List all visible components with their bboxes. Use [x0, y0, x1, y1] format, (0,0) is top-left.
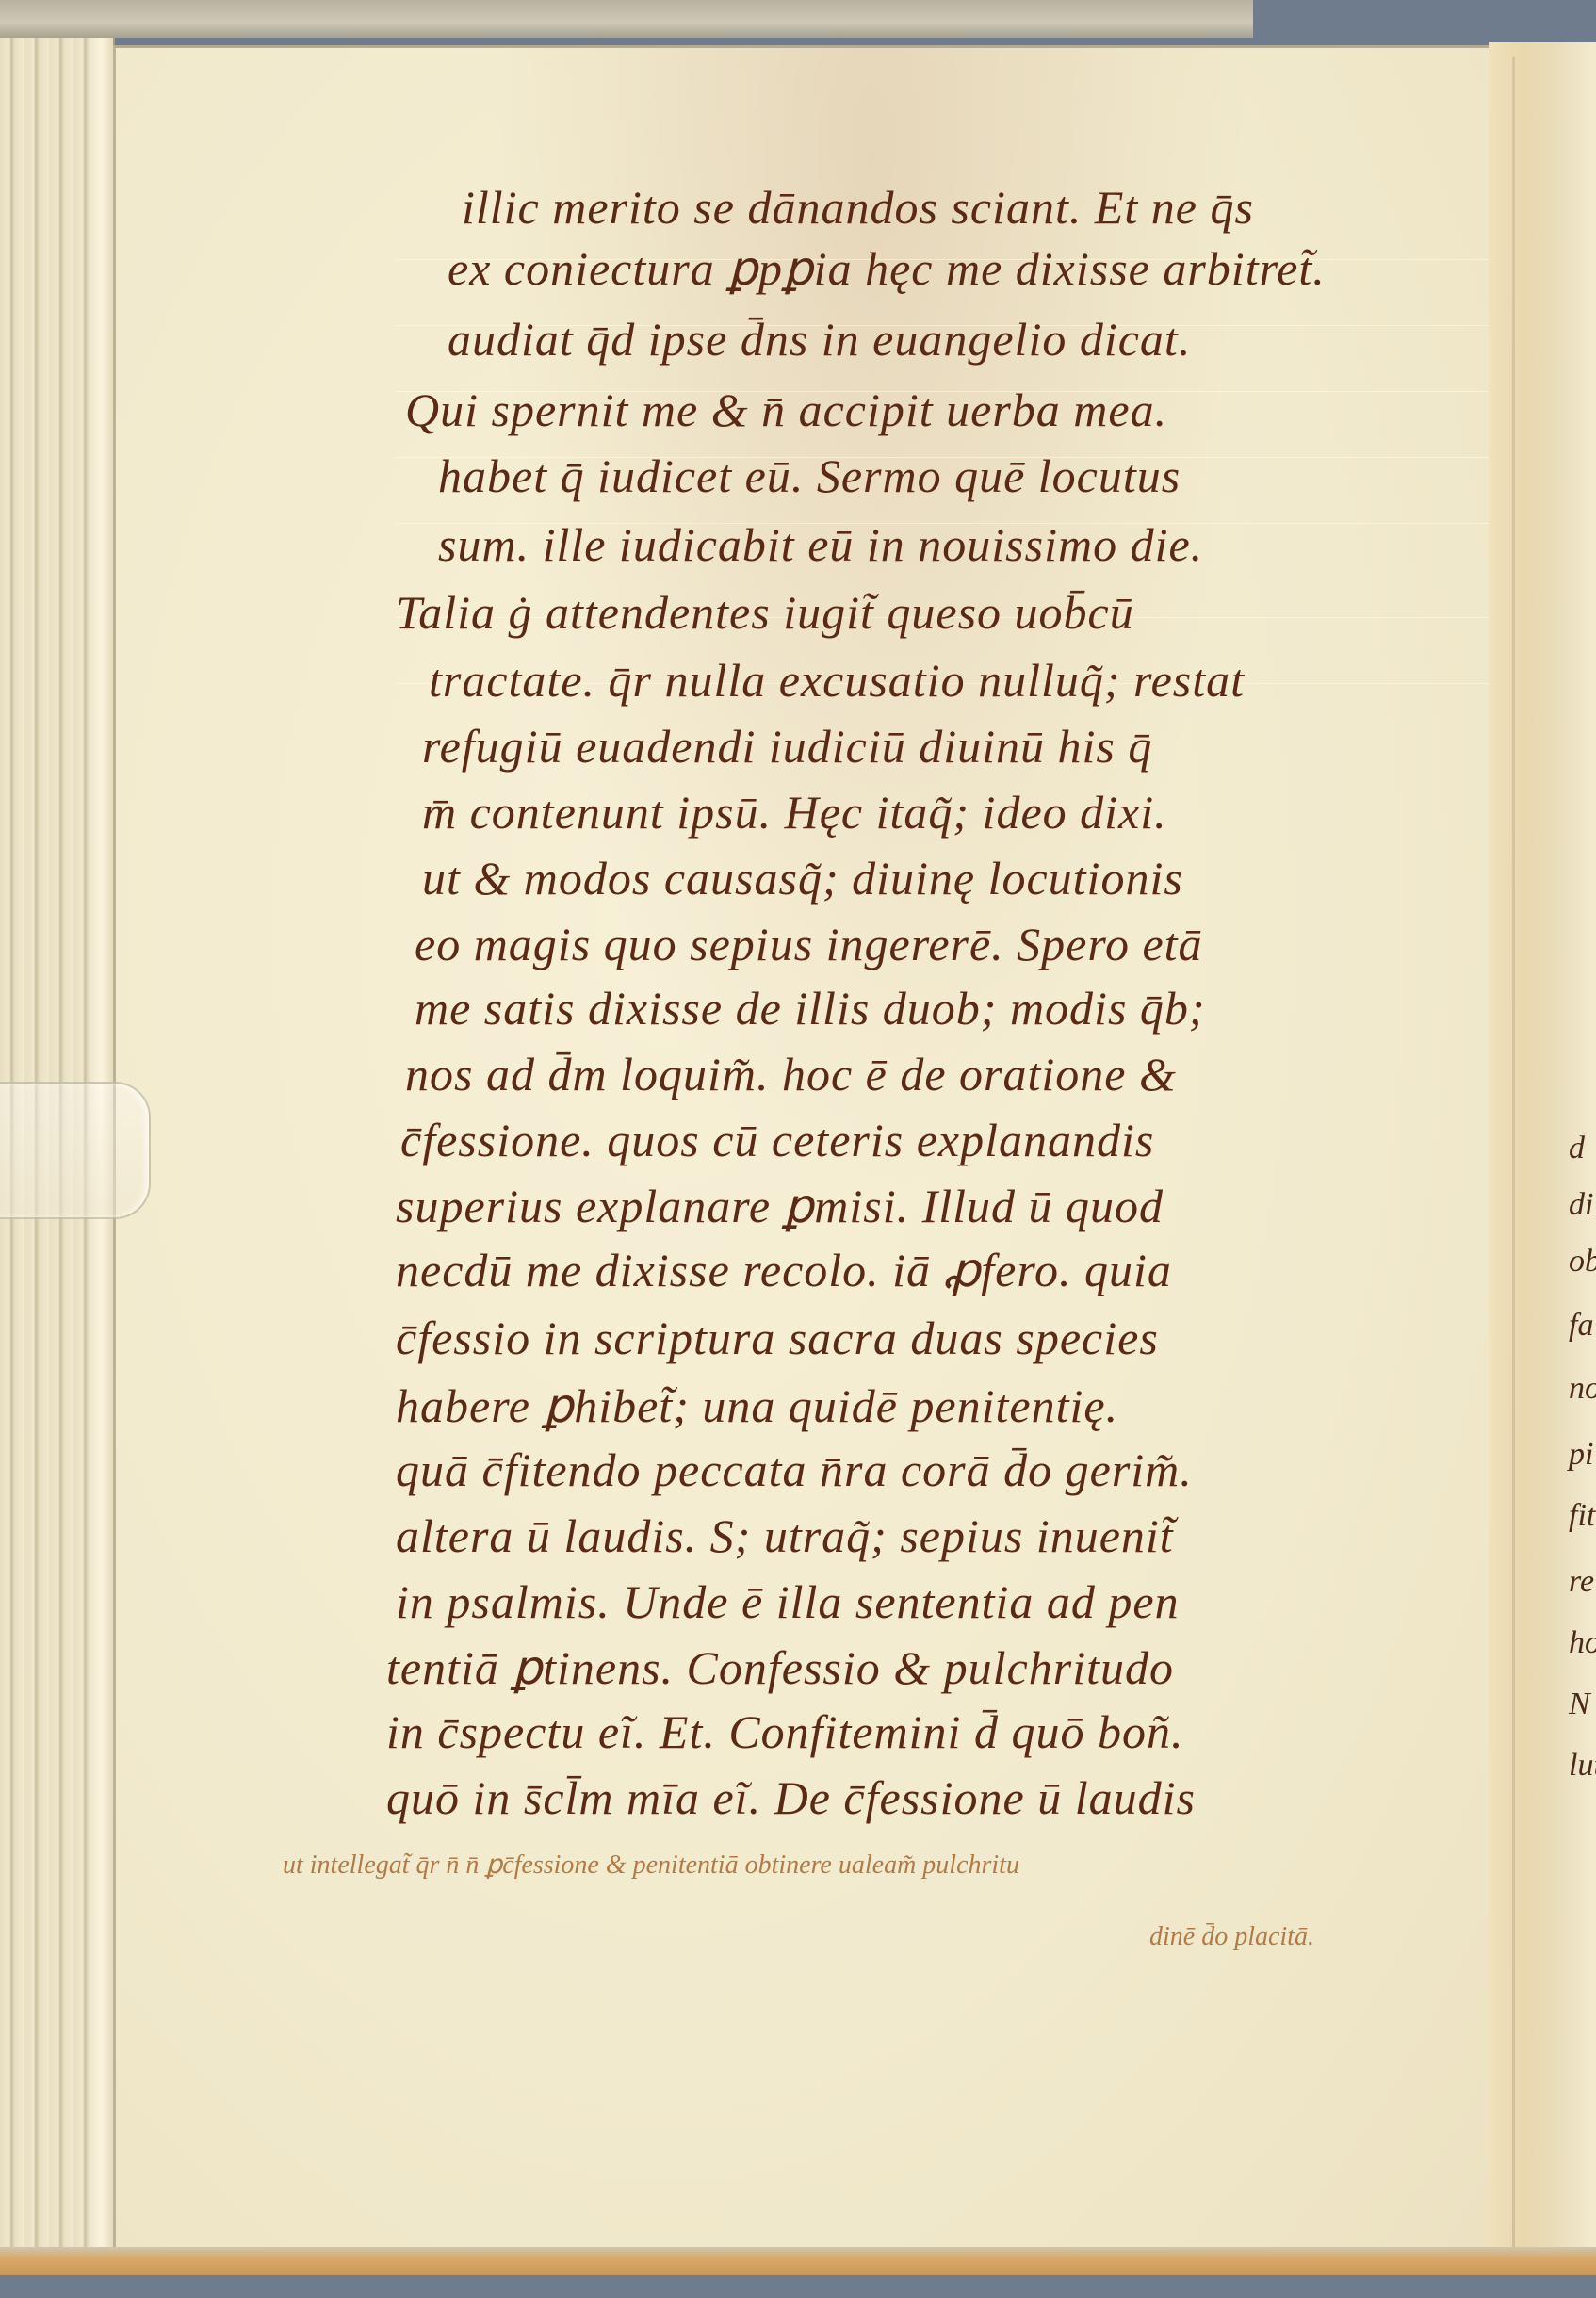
text-line-11: ut & modos causasq̃; diuinę locutionis [422, 850, 1183, 906]
facing-fragment: fit [1569, 1498, 1595, 1534]
facing-fragment: hoc [1569, 1625, 1596, 1661]
text-line-17: necdū me dixisse recolo. iā ꝓfero. qui… [396, 1242, 1172, 1298]
facing-fragment: N m [1569, 1687, 1596, 1722]
facing-fragment: no [1569, 1371, 1596, 1407]
bottom-edge-of-book [0, 2247, 1596, 2275]
open-manuscript-book: illic merito se dānandos sciant. Et ne … [0, 0, 1596, 2280]
text-line-9: refugiū euadendi iudiciū diuinū his q… [422, 718, 1152, 774]
text-line-20: quā c̄fitendo peccata n̄ra corā d̄o ge… [396, 1442, 1193, 1498]
text-line-13: me satis dixisse de illis duob; modis q̄… [415, 980, 1206, 1036]
transparent-clasp-holder [0, 1082, 151, 1219]
gloss-line-1: ut intellegat̃ q̄r n̄ n̄ ꝑc̄fessione & p… [283, 1849, 1019, 1881]
text-line-25: quō in s̄cl̄m mīa eĩ. De c̄fessione u… [386, 1769, 1196, 1826]
gloss-line-2: dinē d̄o placitā. [1149, 1922, 1314, 1952]
text-line-10: m̄ contenunt ipsū. Hęc itaq̃; ideo dixi… [422, 784, 1167, 840]
text-line-14: nos ad d̄m loquim̃. hoc ē de oratione & [405, 1046, 1177, 1102]
facing-fragment: d [1569, 1131, 1585, 1166]
text-line-19: habere ꝑhibet̃; una quidē penitentię. [396, 1377, 1118, 1434]
background-top-right [1253, 0, 1596, 42]
text-line-23: tentiā ꝑtinens. Confessio & pulchritudo [386, 1639, 1174, 1696]
facing-fragment: lut qu [1569, 1748, 1596, 1784]
text-line-5: habet q̄ iudicet eū. Sermo quē locutus [438, 448, 1181, 504]
text-line-7: Talia ġ attendentes iugit̃ queso uob̄cū [396, 584, 1134, 641]
text-line-1: illic merito se dānandos sciant. Et ne … [462, 179, 1254, 236]
facing-fragment: re [1569, 1564, 1594, 1600]
text-line-18: c̄fessio in scriptura sacra duas species [396, 1310, 1159, 1366]
top-edge-of-leaves [0, 0, 1253, 38]
text-line-22: in psalmis. Unde ē illa sententia ad pe… [396, 1573, 1180, 1630]
text-line-8: tractate. q̄r nulla excusatio nulluq̃; r… [429, 652, 1245, 709]
facing-fragment: di [1569, 1187, 1593, 1223]
text-line-16: superius explanare ꝑmisi. Illud ū quod [396, 1178, 1164, 1234]
facing-fragment: pi [1569, 1437, 1593, 1473]
text-line-4: Qui spernit me & n̄ accipit uerba mea. [405, 382, 1167, 438]
text-line-24: in c̄spectu eĩ. Et. Confitemini d̄ quō… [386, 1703, 1183, 1760]
text-line-21: altera ū laudis. S; utraq̃; sepius inue… [396, 1508, 1174, 1564]
text-line-15: c̄fessione. quos cū ceteris explanandis [400, 1112, 1154, 1168]
text-line-12: eo magis quo sepius ingererē. Spero eta… [415, 916, 1203, 972]
text-line-3: audiat q̄d ipse d̄ns in euangelio dicat. [448, 311, 1191, 367]
text-line-6: sum. ille iudicabit eū in nouissimo die… [438, 516, 1203, 573]
facing-fragment: ob [1569, 1244, 1596, 1279]
gutter-fold-line [1512, 57, 1515, 2252]
facing-fragment: fa [1569, 1308, 1593, 1344]
text-line-2: ex coniectura ꝑpꝑia hęc me dixisse arbit… [448, 240, 1326, 297]
